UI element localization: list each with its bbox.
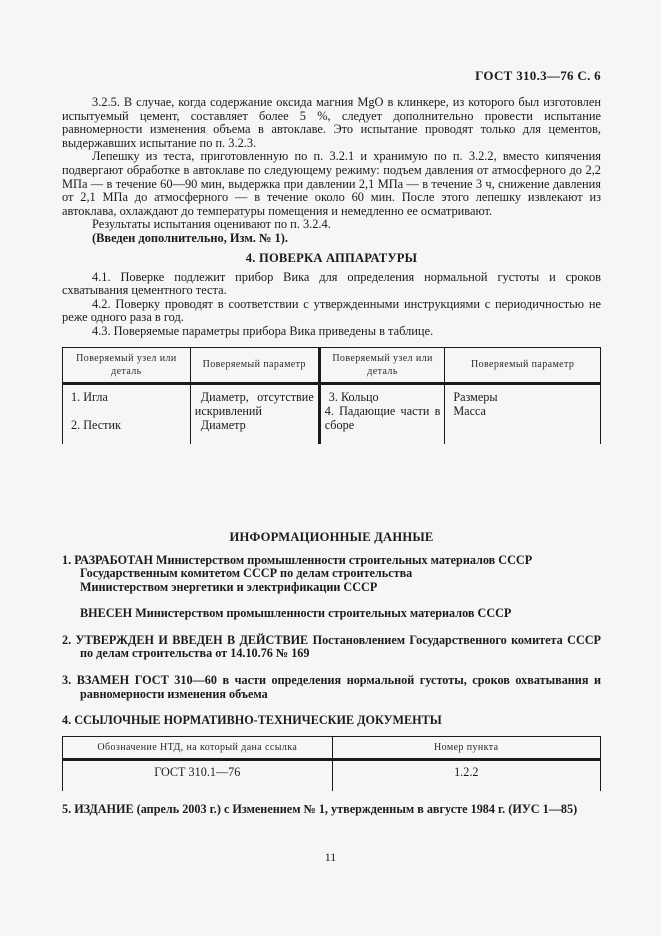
page-content: ГОСТ 310.3—76 С. 6 3.2.5. В случае, когд…: [62, 0, 601, 816]
section-4-title: 4. ПОВЕРКА АППАРАТУРЫ: [62, 251, 601, 266]
info-data-title: ИНФОРМАЦИОННЫЕ ДАННЫЕ: [62, 530, 601, 545]
ref-table-header-ntd: Обозначение НТД, на который дана ссылка: [63, 737, 333, 761]
table-header-unit-right: Поверяемый узел или деталь: [321, 348, 446, 385]
page-number: 11: [0, 850, 661, 865]
info-item-2: 2. УТВЕРЖДЕН И ВВЕДЕН В ДЕЙСТВИЕ Постано…: [62, 634, 601, 661]
verification-table: Поверяемый узел или деталь Поверяемый па…: [62, 347, 601, 444]
table-cell: Масса: [449, 404, 596, 418]
table-cell: 1. Игла: [67, 390, 186, 404]
table-col-param-left: Диаметр, отсутствие искривлений Диаметр: [191, 385, 321, 444]
paragraph-results: Результаты испытания оценивают по п. 3.2…: [62, 218, 601, 232]
table-col-param-right: Размеры Масса: [445, 385, 600, 444]
doc-header: ГОСТ 310.3—76 С. 6: [62, 68, 601, 84]
table-col-unit-left: 1. Игла 2. Пестик: [63, 385, 191, 444]
info-item-4: 4. ССЫЛОЧНЫЕ НОРМАТИВНО-ТЕХНИЧЕСКИЕ ДОКУ…: [62, 714, 601, 728]
info-item-1-line-3: Министерством энергетики и электрификаци…: [62, 581, 601, 595]
table-cell: 4. Падающие части в сборе: [325, 404, 441, 432]
info-item-1-line-1: 1. РАЗРАБОТАН Министерством промышленнос…: [62, 554, 601, 568]
ref-table-cell-clause: 1.2.2: [333, 761, 600, 791]
paragraph-4-2: 4.2. Поверку проводят в соответствии с у…: [62, 298, 601, 325]
info-item-3: 3. ВЗАМЕН ГОСТ 310—60 в части определени…: [62, 674, 601, 701]
ref-table-header-clause: Номер пункта: [333, 737, 600, 761]
note-amendment: (Введен дополнительно, Изм. № 1).: [62, 232, 601, 246]
table-header-unit-left: Поверяемый узел или деталь: [63, 348, 191, 385]
info-item-1-vnesen: ВНЕСЕН Министерством промышленности стро…: [62, 607, 601, 621]
verification-table-header-row: Поверяемый узел или деталь Поверяемый па…: [63, 348, 600, 385]
ref-table-cell-ntd: ГОСТ 310.1—76: [63, 761, 333, 791]
table-cell: Диаметр, отсутствие искривлений: [195, 390, 314, 418]
table-cell: 2. Пестик: [67, 418, 186, 432]
paragraph-3-2-5: 3.2.5. В случае, когда содержание оксида…: [62, 96, 601, 150]
table-cell: Размеры: [449, 390, 596, 404]
verification-table-body-row: 1. Игла 2. Пестик Диаметр, отсутствие ис…: [63, 385, 600, 444]
table-col-unit-right: 3. Кольцо 4. Падающие части в сборе: [321, 385, 446, 444]
paragraph-autoclave: Лепешку из теста, приготовленную по п. 3…: [62, 150, 601, 218]
info-item-1-line-2: Государственным комитетом СССР по делам …: [62, 567, 601, 581]
table-header-param-left: Поверяемый параметр: [191, 348, 321, 385]
document-page: ГОСТ 310.3—76 С. 6 3.2.5. В случае, когд…: [0, 0, 661, 936]
paragraph-4-3: 4.3. Поверяемые параметры прибора Вика п…: [62, 325, 601, 339]
reference-table-body-row: ГОСТ 310.1—76 1.2.2: [63, 761, 600, 791]
table-cell: 3. Кольцо: [325, 390, 441, 404]
info-item-5: 5. ИЗДАНИЕ (апрель 2003 г.) с Изменением…: [62, 803, 601, 817]
table-header-param-right: Поверяемый параметр: [445, 348, 600, 385]
reference-table: Обозначение НТД, на который дана ссылка …: [62, 736, 601, 791]
table-cell: Диаметр: [195, 418, 314, 432]
paragraph-4-1: 4.1. Поверке подлежит прибор Вика для оп…: [62, 271, 601, 298]
reference-table-header-row: Обозначение НТД, на который дана ссылка …: [63, 737, 600, 761]
